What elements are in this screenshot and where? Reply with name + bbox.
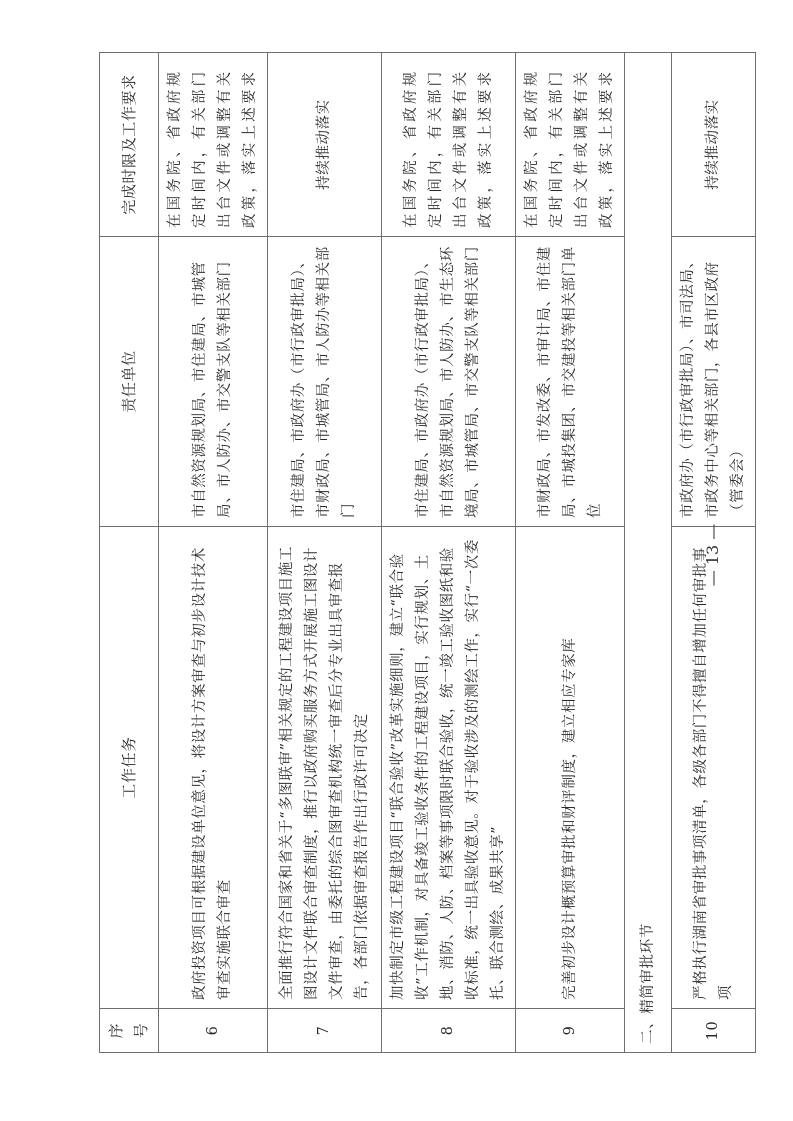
row-no: 9 (516, 1009, 625, 1053)
row-task: 完善初步设计概预算审批和财评制度，建立相应专家库 (516, 527, 625, 1009)
row-unit: 市自然资源规划局、市住建局、市城管局、市人防办、市交警支队等相关部门 (159, 237, 268, 527)
header-task: 工作任务 (100, 527, 159, 1009)
row-no: 6 (159, 1009, 268, 1053)
table-row: 7 全面推行符合国家和省关于“多图联审”相关规定的工程建设项目施工图设计文件联合… (268, 53, 382, 1053)
row-deadline: 持续推动落实 (672, 53, 756, 237)
document-page: 序号 工作任务 责任单位 完成时限及工作要求 6 政府投资项目可根据建设单位意见… (0, 0, 793, 1121)
table-row: 6 政府投资项目可根据建设单位意见，将设计方案审查与初步设计技术审查实施联合审查… (159, 53, 268, 1053)
row-unit: 市政府办（市行政审批局）、市司法局、市政务中心等相关部门，各县市区政府（管委会） (672, 237, 756, 527)
section-row: 二、精简审批环节 (625, 53, 672, 1053)
header-unit: 责任单位 (100, 237, 159, 527)
row-no: 7 (268, 1009, 382, 1053)
header-deadline: 完成时限及工作要求 (100, 53, 159, 237)
section-title: 二、精简审批环节 (625, 53, 672, 1053)
row-deadline: 在国务院、省政府规定时间内，有关部门出台文件或调整有关政策，落实上述要求 (382, 53, 516, 237)
table-row: 9 完善初步设计概预算审批和财评制度，建立相应专家库 市财政局、市发改委、市审计… (516, 53, 625, 1053)
table-header-row: 序号 工作任务 责任单位 完成时限及工作要求 (100, 53, 159, 1053)
row-unit: 市住建局、市政府办（市行政审批局）、市自然资源规划局、市人防办、市生态环境局、市… (382, 237, 516, 527)
task-table: 序号 工作任务 责任单位 完成时限及工作要求 6 政府投资项目可根据建设单位意见… (99, 52, 756, 1053)
row-task: 全面推行符合国家和省关于“多图联审”相关规定的工程建设项目施工图设计文件联合审查… (268, 527, 382, 1009)
row-no: 8 (382, 1009, 516, 1053)
row-unit: 市财政局、市发改委、市审计局、市住建局、市城投集团、市交建投等相关部门单位 (516, 237, 625, 527)
row-no: 10 (672, 1009, 756, 1053)
row-deadline: 持续推动落实 (268, 53, 382, 237)
row-task: 政府投资项目可根据建设单位意见，将设计方案审查与初步设计技术审查实施联合审查 (159, 527, 268, 1009)
row-deadline: 在国务院、省政府规定时间内，有关部门出台文件或调整有关政策，落实上述要求 (516, 53, 625, 237)
row-task: 加快制定市级工程建设项目“联合验收”改革实施细则，建立“联合验收”工作机制，对具… (382, 527, 516, 1009)
page-number: — 13 — (703, 505, 722, 605)
row-deadline: 在国务院、省政府规定时间内，有关部门出台文件或调整有关政策，落实上述要求 (159, 53, 268, 237)
row-unit: 市住建局、市政府办（市行政审批局）、市财政局、市城管局、市人防办等相关部门 (268, 237, 382, 527)
table-row: 8 加快制定市级工程建设项目“联合验收”改革实施细则，建立“联合验收”工作机制，… (382, 53, 516, 1053)
header-no: 序号 (100, 1009, 159, 1053)
